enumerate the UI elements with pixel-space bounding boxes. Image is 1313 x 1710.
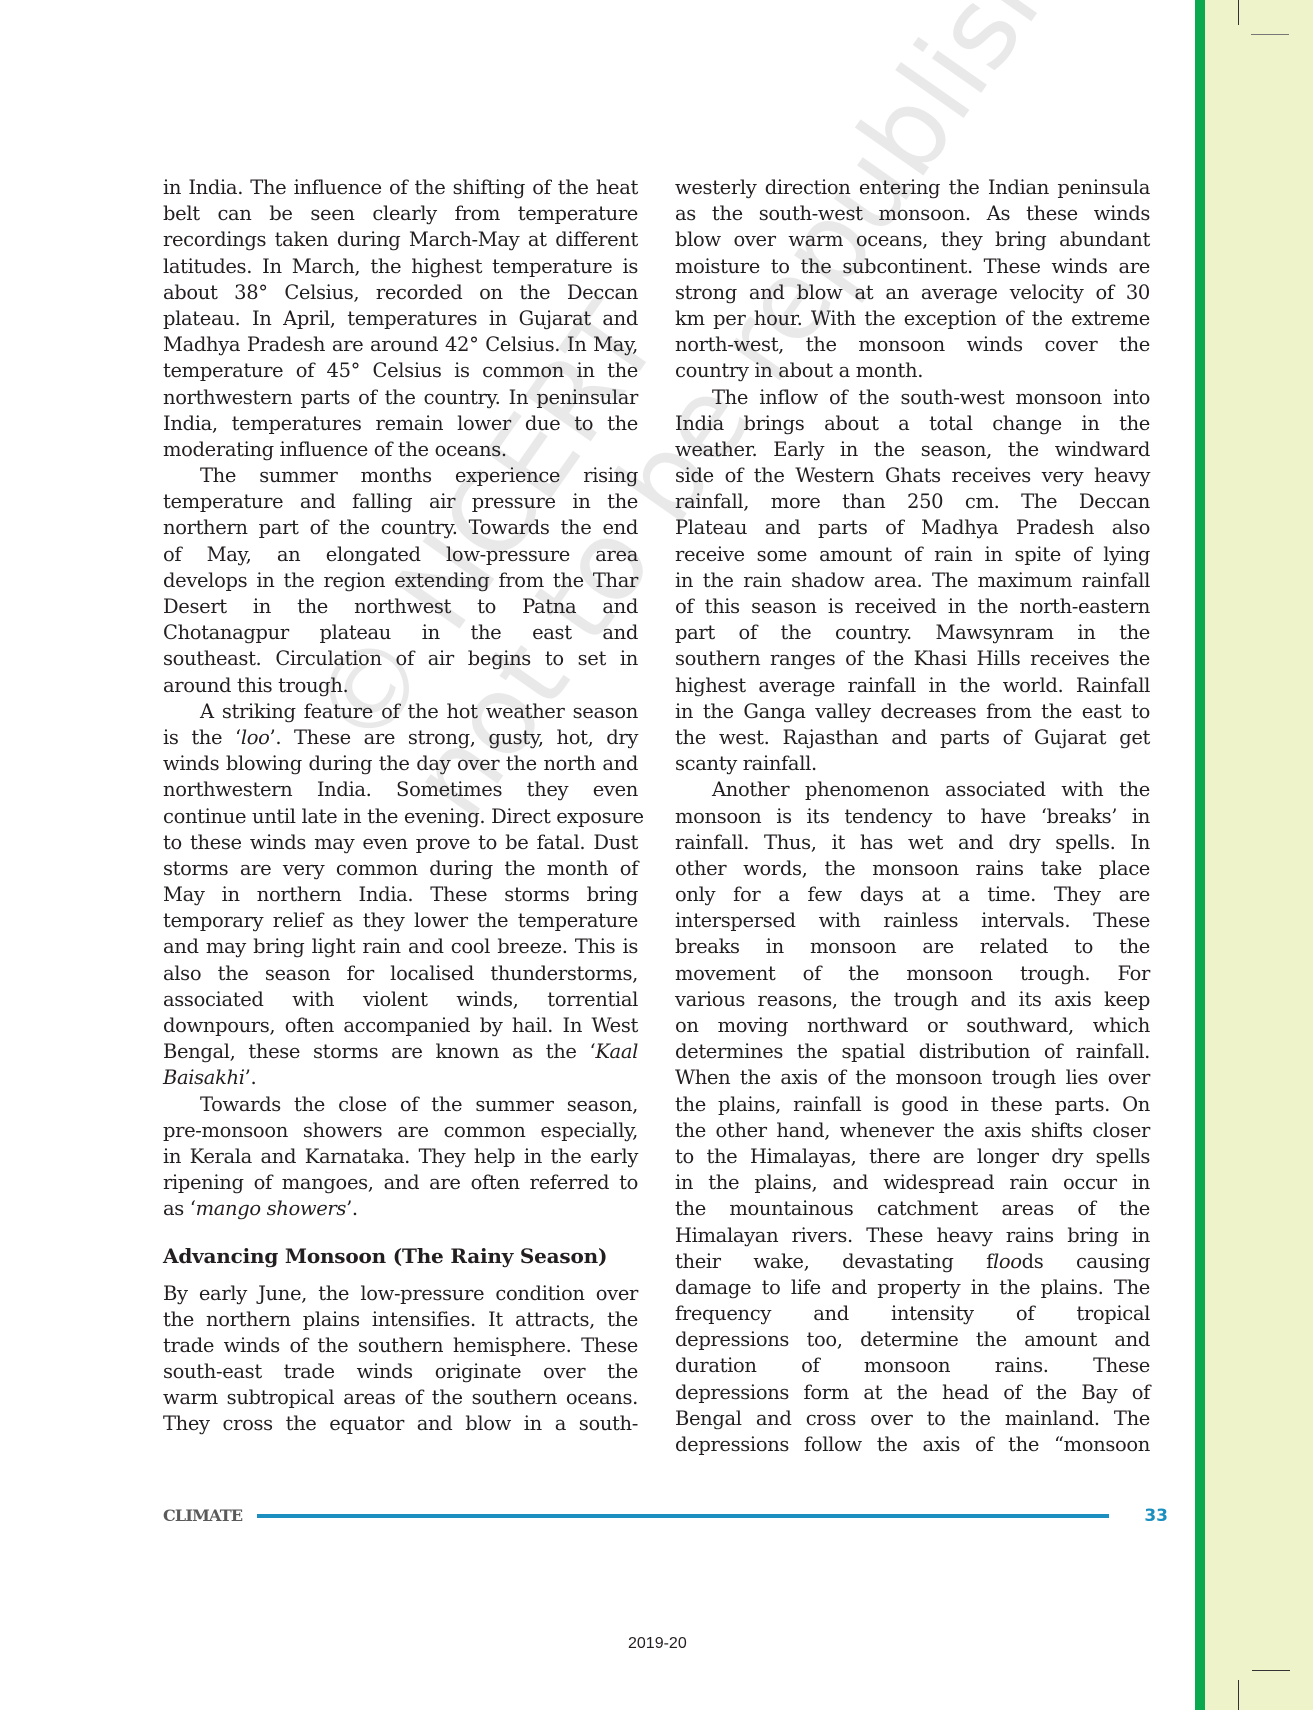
text-line: weather. Early in the season, the windwa… <box>675 437 1150 463</box>
text-line: depressions follow the axis of the “mons… <box>675 1432 1150 1458</box>
page-margin-panel <box>1196 0 1313 1710</box>
text-line: moisture to the subcontinent. These wind… <box>675 254 1150 280</box>
text-line: develops in the region extending from th… <box>163 568 638 594</box>
text-line: northwestern parts of the country. In pe… <box>163 385 638 411</box>
text-line: in the plains, and widespread rain occur… <box>675 1170 1150 1196</box>
text-line: the other hand, whenever the axis shifts… <box>675 1118 1150 1144</box>
text-line: May in northern India. These storms brin… <box>163 882 638 908</box>
text-line: country in about a month. <box>675 358 1150 384</box>
text-line: temperature of 45° Celsius is common in … <box>163 358 638 384</box>
text-line: When the axis of the monsoon trough lies… <box>675 1065 1150 1091</box>
text-line: associated with violent winds, torrentia… <box>163 987 638 1013</box>
text-line: around this trough. <box>163 673 638 699</box>
text-line: also the season for localised thundersto… <box>163 961 638 987</box>
text-line: to the Himalayas, there are longer dry s… <box>675 1144 1150 1170</box>
margin-green-stripe <box>1195 0 1205 1710</box>
section-heading: Advancing Monsoon (The Rainy Season) <box>163 1243 638 1269</box>
text-line: Bengal, these storms are known as the ‘K… <box>163 1039 638 1065</box>
text-line: blow over warm oceans, they bring abunda… <box>675 227 1150 253</box>
paragraph-first-line: A striking feature of the hot weather se… <box>163 699 638 725</box>
text-line: westerly direction entering the Indian p… <box>675 175 1150 201</box>
text-line: India brings about a total change in the <box>675 411 1150 437</box>
page-footer: CLIMATE 33 <box>163 1505 1168 1527</box>
text-line: pre-monsoon showers are common especiall… <box>163 1118 638 1144</box>
text-line: monsoon is its tendency to have ‘breaks’… <box>675 804 1150 830</box>
text-line: northwestern India. Sometimes they even <box>163 777 638 803</box>
crop-mark-top-horizontal <box>1251 34 1289 35</box>
text-line: in Kerala and Karnataka. They help in th… <box>163 1144 638 1170</box>
chapter-label: CLIMATE <box>163 1505 242 1527</box>
left-text-column: in India. The influence of the shifting … <box>163 175 638 1438</box>
text-line: in India. The influence of the shifting … <box>163 175 638 201</box>
text-line: trade winds of the southern hemisphere. … <box>163 1333 638 1359</box>
text-line: frequency and intensity of tropical <box>675 1301 1150 1327</box>
text-line: depressions too, determine the amount an… <box>675 1327 1150 1353</box>
text-line: rainfall. Thus, it has wet and dry spell… <box>675 830 1150 856</box>
text-line: the west. Rajasthan and parts of Gujarat… <box>675 725 1150 751</box>
text-line: Himalayan rivers. These heavy rains brin… <box>675 1223 1150 1249</box>
text-line: only for a few days at a time. They are <box>675 882 1150 908</box>
text-line: belt can be seen clearly from temperatur… <box>163 201 638 227</box>
text-line: strong and blow at an average velocity o… <box>675 280 1150 306</box>
text-line: Baisakhi’. <box>163 1065 638 1091</box>
text-line: on moving northward or southward, which <box>675 1013 1150 1039</box>
text-line: interspersed with rainless intervals. Th… <box>675 908 1150 934</box>
text-line: about 38° Celsius, recorded on the Decca… <box>163 280 638 306</box>
text-line: duration of monsoon rains. These <box>675 1353 1150 1379</box>
paragraph-first-line: The inflow of the south-west monsoon int… <box>675 385 1150 411</box>
text-line: in the rain shadow area. The maximum rai… <box>675 568 1150 594</box>
text-line: moderating influence of the oceans. <box>163 437 638 463</box>
text-line: of this season is received in the north-… <box>675 594 1150 620</box>
edition-year: 2019-20 <box>628 1635 687 1653</box>
text-line: movement of the monsoon trough. For <box>675 961 1150 987</box>
paragraph-first-line: Towards the close of the summer season, <box>163 1092 638 1118</box>
text-line: is the ‘loo’. These are strong, gusty, h… <box>163 725 638 751</box>
text-line: Chotanagpur plateau in the east and <box>163 620 638 646</box>
text-line: Desert in the northwest to Patna and <box>163 594 638 620</box>
text-line: continue until late in the evening. Dire… <box>163 804 638 830</box>
text-line: receive some amount of rain in spite of … <box>675 542 1150 568</box>
text-line: latitudes. In March, the highest tempera… <box>163 254 638 280</box>
text-line: km per hour. With the exception of the e… <box>675 306 1150 332</box>
text-line: the mountainous catchment areas of the <box>675 1196 1150 1222</box>
text-line: various reasons, the trough and its axis… <box>675 987 1150 1013</box>
crop-mark-bottom-vertical <box>1238 1680 1239 1710</box>
text-line: part of the country. Mawsynram in the <box>675 620 1150 646</box>
text-line: the plains, rainfall is good in these pa… <box>675 1092 1150 1118</box>
text-line: storms are very common during the month … <box>163 856 638 882</box>
paragraph-first-line: The summer months experience rising <box>163 463 638 489</box>
text-line: temperature and falling air pressure in … <box>163 489 638 515</box>
text-line: determines the spatial distribution of r… <box>675 1039 1150 1065</box>
text-line: northern part of the country. Towards th… <box>163 515 638 541</box>
text-line: temporary relief as they lower the tempe… <box>163 908 638 934</box>
text-line: highest average rainfall in the world. R… <box>675 673 1150 699</box>
text-line: plateau. In April, temperatures in Gujar… <box>163 306 638 332</box>
text-line: recordings taken during March-May at dif… <box>163 227 638 253</box>
text-line: rainfall, more than 250 cm. The Deccan <box>675 489 1150 515</box>
text-line: winds blowing during the day over the no… <box>163 751 638 777</box>
paragraph-first-line: Another phenomenon associated with the <box>675 777 1150 803</box>
page-number: 33 <box>1144 1505 1168 1527</box>
text-line: southeast. Circulation of air begins to … <box>163 646 638 672</box>
text-line: as the south-west monsoon. As these wind… <box>675 201 1150 227</box>
text-line: depressions form at the head of the Bay … <box>675 1380 1150 1406</box>
text-line: breaks in monsoon are related to the <box>675 934 1150 960</box>
text-line: By early June, the low-pressure conditio… <box>163 1281 638 1307</box>
text-line: in the Ganga valley decreases from the e… <box>675 699 1150 725</box>
text-line: India, temperatures remain lower due to … <box>163 411 638 437</box>
text-line: damage to life and property in the plain… <box>675 1275 1150 1301</box>
text-line: Madhya Pradesh are around 42° Celsius. I… <box>163 332 638 358</box>
text-line: north-west, the monsoon winds cover the <box>675 332 1150 358</box>
text-line: the northern plains intensifies. It attr… <box>163 1307 638 1333</box>
text-line: Plateau and parts of Madhya Pradesh also <box>675 515 1150 541</box>
text-line: They cross the equator and blow in a sou… <box>163 1411 638 1437</box>
text-line: as ‘mango showers’. <box>163 1196 638 1222</box>
text-line: their wake, devastating floods causing <box>675 1249 1150 1275</box>
right-text-column: westerly direction entering the Indian p… <box>675 175 1150 1458</box>
text-line: south-east trade winds originate over th… <box>163 1359 638 1385</box>
text-line: ripening of mangoes, and are often refer… <box>163 1170 638 1196</box>
text-line: southern ranges of the Khasi Hills recei… <box>675 646 1150 672</box>
crop-mark-top-vertical <box>1238 0 1239 25</box>
crop-mark-bottom-horizontal <box>1252 1670 1290 1671</box>
text-line: Bengal and cross over to the mainland. T… <box>675 1406 1150 1432</box>
text-line: other words, the monsoon rains take plac… <box>675 856 1150 882</box>
text-line: side of the Western Ghats receives very … <box>675 463 1150 489</box>
text-line: downpours, often accompanied by hail. In… <box>163 1013 638 1039</box>
text-line: and may bring light rain and cool breeze… <box>163 934 638 960</box>
text-line: warm subtropical areas of the southern o… <box>163 1385 638 1411</box>
text-line: to these winds may even prove to be fata… <box>163 830 638 856</box>
footer-rule <box>257 1514 1109 1518</box>
text-line: of May, an elongated low-pressure area <box>163 542 638 568</box>
text-line: scanty rainfall. <box>675 751 1150 777</box>
